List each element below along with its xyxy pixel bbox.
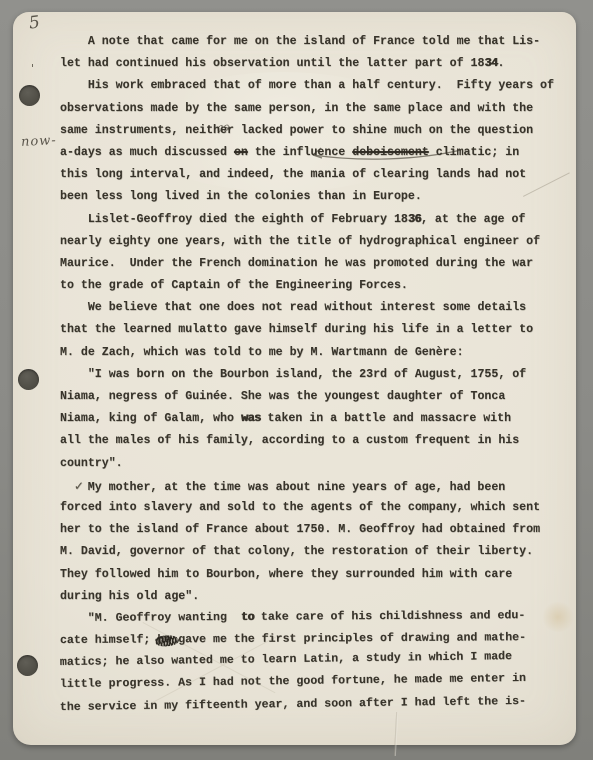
- text-segment: M. David, governor of that colony, the r…: [60, 545, 533, 558]
- document-page: 5 ' now- as A note that came for me on t…: [13, 12, 576, 745]
- text-segment: gave me the first principles of drawing …: [178, 631, 526, 646]
- overtype-segment: was: [241, 412, 261, 425]
- typed-line: her to the island of France about 1750. …: [60, 519, 565, 541]
- overtype-segment: 34: [484, 57, 497, 70]
- typed-line: ✓ My mother, at the time was about nine …: [60, 475, 565, 497]
- text-segment: all the males of his family, according t…: [60, 434, 519, 447]
- text-segment: cate himself;: [60, 633, 157, 647]
- typed-line: "M. Geoffroy wanting to take care of his…: [60, 605, 565, 630]
- hole-punch: [18, 369, 39, 390]
- text-segment: little progress. As I had not the good f…: [60, 672, 526, 691]
- typed-line: nearly eighty one years, with the title …: [60, 231, 565, 253]
- margin-note-handwritten: now-: [21, 133, 57, 150]
- typed-line: M. de Zach, which was told to me by M. W…: [60, 342, 565, 364]
- scan-background: 5 ' now- as A note that came for me on t…: [0, 0, 593, 760]
- text-segment: Niama, king of Galam, who: [60, 412, 241, 425]
- overtype-segment: to: [241, 611, 254, 624]
- hole-punch: [19, 85, 40, 106]
- stray-pencil-mark: ': [31, 62, 34, 75]
- strike-segment: deboisement: [352, 146, 429, 159]
- typed-line: Maurice. Under the French domination he …: [60, 253, 565, 275]
- text-segment: They followed him to Bourbon, where they…: [60, 568, 512, 581]
- typed-line: M. David, governor of that colony, the r…: [60, 541, 565, 563]
- typed-line: A note that came for me on the island of…: [60, 31, 565, 53]
- text-segment: a-days as much discussed: [60, 146, 234, 159]
- text-segment: Lislet-Geoffroy died the eighth of Febru…: [60, 213, 408, 226]
- text-segment: forced into slavery and sold to the agen…: [60, 501, 540, 514]
- text-segment: taken in a battle and massacre with: [261, 412, 511, 425]
- typed-line: Niama, negress of Guinée. She was the yo…: [60, 386, 565, 408]
- text-segment: that the learned mulatto gave himself du…: [60, 323, 533, 336]
- typed-line: Lislet-Geoffroy died the eighth of Febru…: [60, 209, 565, 231]
- text-segment: Maurice. Under the French domination he …: [60, 257, 533, 270]
- typed-line: same instruments, neither lacked power t…: [60, 120, 565, 142]
- typed-line: forced into slavery and sold to the agen…: [60, 497, 565, 519]
- text-segment: , at the age of: [421, 213, 525, 226]
- text-segment: climatic; in: [429, 146, 519, 159]
- typed-line: this long interval, and indeed, the mani…: [60, 164, 565, 186]
- text-segment: the service in my fifteenth year, and so…: [60, 695, 526, 714]
- text-segment: take care of his childishness and edu-: [254, 609, 525, 624]
- text-segment: during his old age".: [60, 590, 199, 603]
- text-segment: A note that came for me on the island of…: [60, 35, 540, 48]
- strike-segment: on: [234, 146, 248, 159]
- typed-line: all the males of his family, according t…: [60, 430, 565, 452]
- typed-line: let had continued his observation until …: [60, 53, 565, 75]
- text-segment: the influence: [248, 146, 352, 159]
- text-segment: been less long lived in the colonies tha…: [60, 190, 422, 203]
- page-number: 5: [28, 12, 41, 33]
- text-segment: country".: [60, 457, 123, 470]
- text-segment: same instruments, neither lacked power t…: [60, 124, 533, 137]
- text-segment: nearly eighty one years, with the title …: [60, 235, 540, 248]
- typed-text: A note that came for me on the island of…: [60, 31, 565, 719]
- text-segment: Niama, negress of Guinée. She was the yo…: [60, 390, 505, 403]
- text-segment: this long interval, and indeed, the mani…: [60, 168, 526, 181]
- text-segment: "M. Geoffroy wanting: [60, 611, 241, 625]
- typed-line: a-days as much discussed on the influenc…: [60, 142, 565, 164]
- text-segment: her to the island of France about 1750. …: [60, 523, 540, 536]
- typed-line: to the grade of Captain of the Engineeri…: [60, 275, 565, 297]
- text-segment: let had continued his observation until …: [60, 57, 484, 70]
- text-segment: M. de Zach, which was told to me by M. W…: [60, 346, 464, 359]
- typed-line: country".: [60, 453, 565, 475]
- typed-line: "I was born on the Bourbon island, the 2…: [60, 364, 565, 386]
- text-segment: "I was born on the Bourbon island, the 2…: [60, 368, 526, 381]
- text-segment: [60, 481, 74, 494]
- text-segment: to the grade of Captain of the Engineeri…: [60, 279, 408, 292]
- text-segment: .: [498, 57, 505, 70]
- text-segment: My mother, at the time was about nine ye…: [88, 481, 505, 494]
- text-segment: His work embraced that of more than a ha…: [60, 79, 554, 92]
- text-segment: observations made by the same person, in…: [60, 102, 533, 115]
- scribble-segment: he: [157, 633, 178, 646]
- typed-line: observations made by the same person, in…: [60, 98, 565, 120]
- hole-punch: [17, 655, 38, 676]
- typed-line: been less long lived in the colonies tha…: [60, 186, 565, 208]
- text-segment: matics; he also wanted me to learn Latin…: [60, 650, 512, 669]
- pencil-segment: ✓: [74, 479, 88, 493]
- typed-line: Niama, king of Galam, who was taken in a…: [60, 408, 565, 430]
- text-segment: We believe that one does not read withou…: [60, 301, 526, 314]
- typed-line: They followed him to Bourbon, where they…: [60, 564, 565, 586]
- overtype-segment: 36: [408, 213, 421, 226]
- typed-line: His work embraced that of more than a ha…: [60, 75, 565, 97]
- typed-line: We believe that one does not read withou…: [60, 297, 565, 319]
- typed-line: that the learned mulatto gave himself du…: [60, 319, 565, 341]
